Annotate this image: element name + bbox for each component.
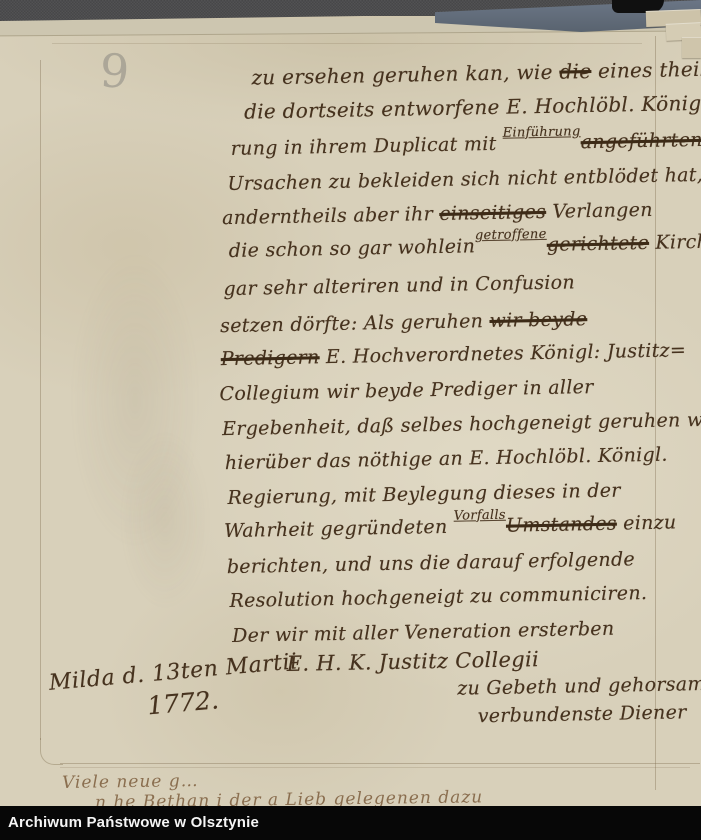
manuscript-text: eines theils bbox=[591, 57, 701, 83]
inserted-word: getroffene bbox=[475, 227, 547, 243]
manuscript-line: Regierung, mit Beylegung dieses in der bbox=[227, 480, 621, 510]
struck-word: einseitiges bbox=[439, 201, 546, 225]
manuscript-text: zu ersehen geruhen kan, wie bbox=[251, 60, 559, 90]
manuscript-line: berichten, und uns die darauf erfolgende bbox=[227, 548, 636, 578]
manuscript-text: zu Gebeth und gehorsam bbox=[457, 673, 701, 700]
manuscript-text: setzen dörfte: Als geruhen bbox=[220, 310, 490, 337]
manuscript-line: Resolution hochgeneigt zu communiciren. bbox=[229, 582, 647, 612]
archive-watermark-bar: Archiwum Państwowe w Olsztynie bbox=[0, 806, 701, 840]
manuscript-text: anderntheils aber ihr bbox=[222, 203, 440, 229]
annotation-fragment: Viele neue g… bbox=[62, 771, 199, 793]
manuscript-line: Der wir mit aller Veneration ersterben bbox=[232, 618, 615, 647]
manuscript-text: einzu bbox=[617, 511, 677, 534]
manuscript-text: gar sehr alteriren und in Confusion bbox=[223, 271, 575, 300]
manuscript-line: verbundenste Diener bbox=[478, 701, 687, 727]
manuscript-text: die dortseits entworfene E. Hochlöbl. Kö… bbox=[244, 89, 701, 123]
struck-word: Predigern bbox=[221, 346, 320, 370]
manuscript-text: die schon so gar wohlein bbox=[229, 235, 476, 262]
manuscript-text: rung in ihrem Duplicat mit bbox=[231, 133, 503, 160]
manuscript-line: anderntheils aber ihr einseitiges Verlan… bbox=[222, 199, 653, 229]
manuscript-text: Collegium wir beyde Prediger in aller bbox=[219, 376, 593, 405]
struck-word: wir beyde bbox=[489, 308, 587, 332]
manuscript-line: zu ersehen geruhen kan, wie die eines th… bbox=[251, 57, 701, 90]
manuscript-line: Predigern E. Hochverordnetes Königl: Jus… bbox=[221, 339, 687, 370]
manuscript-line: zu Gebeth und gehorsam bbox=[457, 673, 701, 700]
manuscript-text: Resolution hochgeneigt zu communiciren. bbox=[229, 582, 647, 612]
manuscript-line: Ursachen zu bekleiden sich nicht entblöd… bbox=[227, 164, 701, 195]
manuscript-line: E. H. K. Justitz Collegii bbox=[286, 647, 539, 676]
manuscript-text: Kirchen=Ordnung bbox=[649, 228, 701, 254]
manuscript-line: gar sehr alteriren und in Confusion bbox=[223, 271, 575, 300]
manuscript-text: hierüber das nöthige an E. Hochlöbl. Kön… bbox=[225, 444, 668, 474]
archival-scan: 9 zu ersehen geruhen kan, wie die eines … bbox=[0, 0, 701, 840]
struck-word: gerichtete bbox=[547, 232, 650, 256]
manuscript-text: Der wir mit aller Veneration ersterben bbox=[232, 618, 615, 647]
manuscript-line: Wahrheit gegründeten VorfallsUmstandes e… bbox=[224, 511, 677, 542]
struck-word: angeführten bbox=[580, 129, 701, 153]
manuscript-line: die schon so gar wohleingetroffenegerich… bbox=[229, 228, 701, 262]
struck-word: Umstandes bbox=[506, 513, 617, 537]
manuscript-text: E. H. K. Justitz Collegii bbox=[286, 647, 539, 676]
manuscript-text: Wahrheit gegründeten bbox=[224, 516, 454, 542]
manuscript-line: setzen dörfte: Als geruhen wir beyde bbox=[220, 308, 587, 337]
struck-word: die bbox=[559, 59, 591, 84]
manuscript-line: Ergebenheit, daß selbes hochgeneigt geru… bbox=[222, 408, 701, 440]
archive-name-label: Archiwum Państwowe w Olsztynie bbox=[0, 806, 701, 839]
inserted-word: Vorfalls bbox=[453, 508, 505, 524]
manuscript-text: Verlangen bbox=[546, 199, 653, 223]
manuscript-line: Collegium wir beyde Prediger in aller bbox=[219, 376, 593, 405]
manuscript-text: Regierung, mit Beylegung dieses in der bbox=[227, 480, 621, 510]
manuscript-line: rung in ihrem Duplicat mit Einführungang… bbox=[231, 129, 701, 160]
stacked-page-corner bbox=[682, 37, 701, 58]
manuscript-text: verbundenste Diener bbox=[478, 701, 687, 727]
inserted-word: Einführung bbox=[503, 124, 581, 140]
manuscript-text: Ergebenheit, daß selbes hochgeneigt geru… bbox=[222, 408, 701, 440]
manuscript-text: E. Hochverordnetes Königl: Justitz= bbox=[319, 339, 686, 368]
manuscript-text: berichten, und uns die darauf erfolgende bbox=[227, 548, 636, 578]
manuscript-text: Ursachen zu bekleiden sich nicht entblöd… bbox=[227, 164, 701, 195]
manuscript-line: die dortseits entworfene E. Hochlöbl. Kö… bbox=[244, 89, 701, 123]
manuscript-line: hierüber das nöthige an E. Hochlöbl. Kön… bbox=[225, 444, 668, 474]
